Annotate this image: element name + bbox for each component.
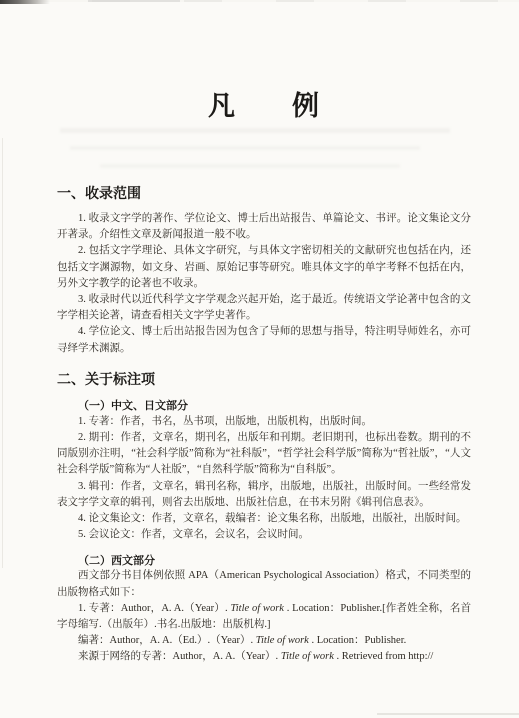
page-title: 凡 例 [57, 0, 471, 122]
scanned-page: 凡 例 一、收录范围 1. 收录文字学的著作、学位论文、博士后出站报告、单篇论文… [0, 0, 519, 718]
paragraph: 5. 会议论文：作者，文章名，会议名，会议时间。 [57, 527, 471, 543]
text-run: 5. 会议论文：作者，文章名，会议名，会议时间。 [78, 529, 309, 540]
text-run: 3. 辑刊：作者，文章名，辑刊名称，辑序，出版地，出版社，出版时间。一些经常发表… [57, 481, 471, 508]
italic-text-run: Title of work [281, 651, 334, 662]
text-run: 1. 收录文字学的著作、学位论文、博士后出站报告、单篇论文、书评。论文集论文分开… [57, 213, 471, 240]
subsection-heading-western: （二）西文部分 [57, 554, 471, 568]
italic-text-run: Title of work [256, 635, 309, 646]
text-run: 3. 收录时代以近代科学文字学观念兴起开始，迄于最近。传统语文学论著中包含的文字… [57, 294, 471, 321]
text-run: . Location：Publisher. [309, 635, 406, 646]
paragraph: 编著：Author，A. A.（Ed.）.（Year）. Title of wo… [57, 633, 471, 649]
paragraph: 西文部分书目体例依照 APA（American Psychological As… [57, 568, 471, 600]
paragraph: 3. 收录时代以近代科学文字学观念兴起开始，迄于最近。传统语文学论著中包含的文字… [57, 292, 471, 324]
subsection-heading-cjk: （一）中文、日文部分 [57, 399, 471, 413]
italic-text-run: Title of work [230, 603, 283, 614]
paragraph: 2. 包括文字学理论、具体文字研究，与具体文字密切相关的文献研究也包括在内，还包… [57, 243, 471, 292]
scope-paragraphs: 1. 收录文字学的著作、学位论文、博士后出站报告、单篇论文、书评。论文集论文分开… [57, 211, 471, 357]
text-run: 西文部分书目体例依照 APA（American Psychological As… [57, 570, 471, 597]
section-heading-annotation: 二、关于标注项 [57, 371, 471, 388]
paragraph: 1. 收录文字学的著作、学位论文、博士后出站报告、单篇论文、书评。论文集论文分开… [57, 211, 471, 243]
text-run: 编著：Author，A. A.（Ed.）.（Year）. [78, 635, 256, 646]
text-run: 4. 学位论文、博士后出站报告因为包含了导师的思想与指导，特注明导师姓名，亦可寻… [57, 326, 471, 353]
text-run: 2. 包括文字学理论、具体文字研究，与具体文字密切相关的文献研究也包括在内，还包… [57, 245, 471, 288]
scan-smudge-top-left [0, 0, 50, 4]
cjk-paragraphs: 1. 专著：作者，书名，丛书项，出版地，出版机构，出版时间。2. 期刊：作者，文… [57, 414, 471, 544]
text-run: 来源于网络的专著：Author，A. A.（Year）. [78, 651, 281, 662]
paragraph: 1. 专著：Author，A. A.（Year）. Title of work … [57, 601, 471, 633]
section-annotation-items: 二、关于标注项 （一）中文、日文部分 1. 专著：作者，书名，丛书项，出版地，出… [57, 371, 471, 666]
text-run: 4. 论文集论文：作者，文章名，载编者：论文集名称，出版地，出版社，出版时间。 [78, 513, 467, 524]
text-column: 凡 例 一、收录范围 1. 收录文字学的著作、学位论文、博士后出站报告、单篇论文… [57, 0, 471, 666]
paragraph: 3. 辑刊：作者，文章名，辑刊名称，辑序，出版地，出版社，出版时间。一些经常发表… [57, 479, 471, 511]
scan-edge-left [2, 138, 3, 568]
paragraph: 1. 专著：作者，书名，丛书项，出版地，出版机构，出版时间。 [57, 414, 471, 430]
text-run: . Retrieved from http:// [334, 651, 433, 662]
paragraph: 4. 学位论文、博士后出站报告因为包含了导师的思想与指导，特注明导师姓名，亦可寻… [57, 324, 471, 356]
section-heading-scope: 一、收录范围 [57, 185, 471, 202]
scan-line-bottom-right [377, 713, 519, 715]
western-paragraphs: 西文部分书目体例依照 APA（American Psychological As… [57, 568, 471, 665]
text-run: 2. 期刊：作者，文章名，期刊名，出版年和刊期。老旧期刊，也标出卷数。期刊的不同… [57, 432, 471, 475]
text-run: 1. 专著：作者，书名，丛书项，出版地，出版机构，出版时间。 [78, 416, 372, 427]
paragraph: 4. 论文集论文：作者，文章名，载编者：论文集名称，出版地，出版社，出版时间。 [57, 511, 471, 527]
section-collection-scope: 一、收录范围 1. 收录文字学的著作、学位论文、博士后出站报告、单篇论文、书评。… [57, 185, 471, 357]
paragraph: 2. 期刊：作者，文章名，期刊名，出版年和刊期。老旧期刊，也标出卷数。期刊的不同… [57, 430, 471, 479]
text-run: 1. 专著：Author，A. A.（Year）. [78, 603, 230, 614]
paragraph: 来源于网络的专著：Author，A. A.（Year）. Title of wo… [57, 649, 471, 665]
